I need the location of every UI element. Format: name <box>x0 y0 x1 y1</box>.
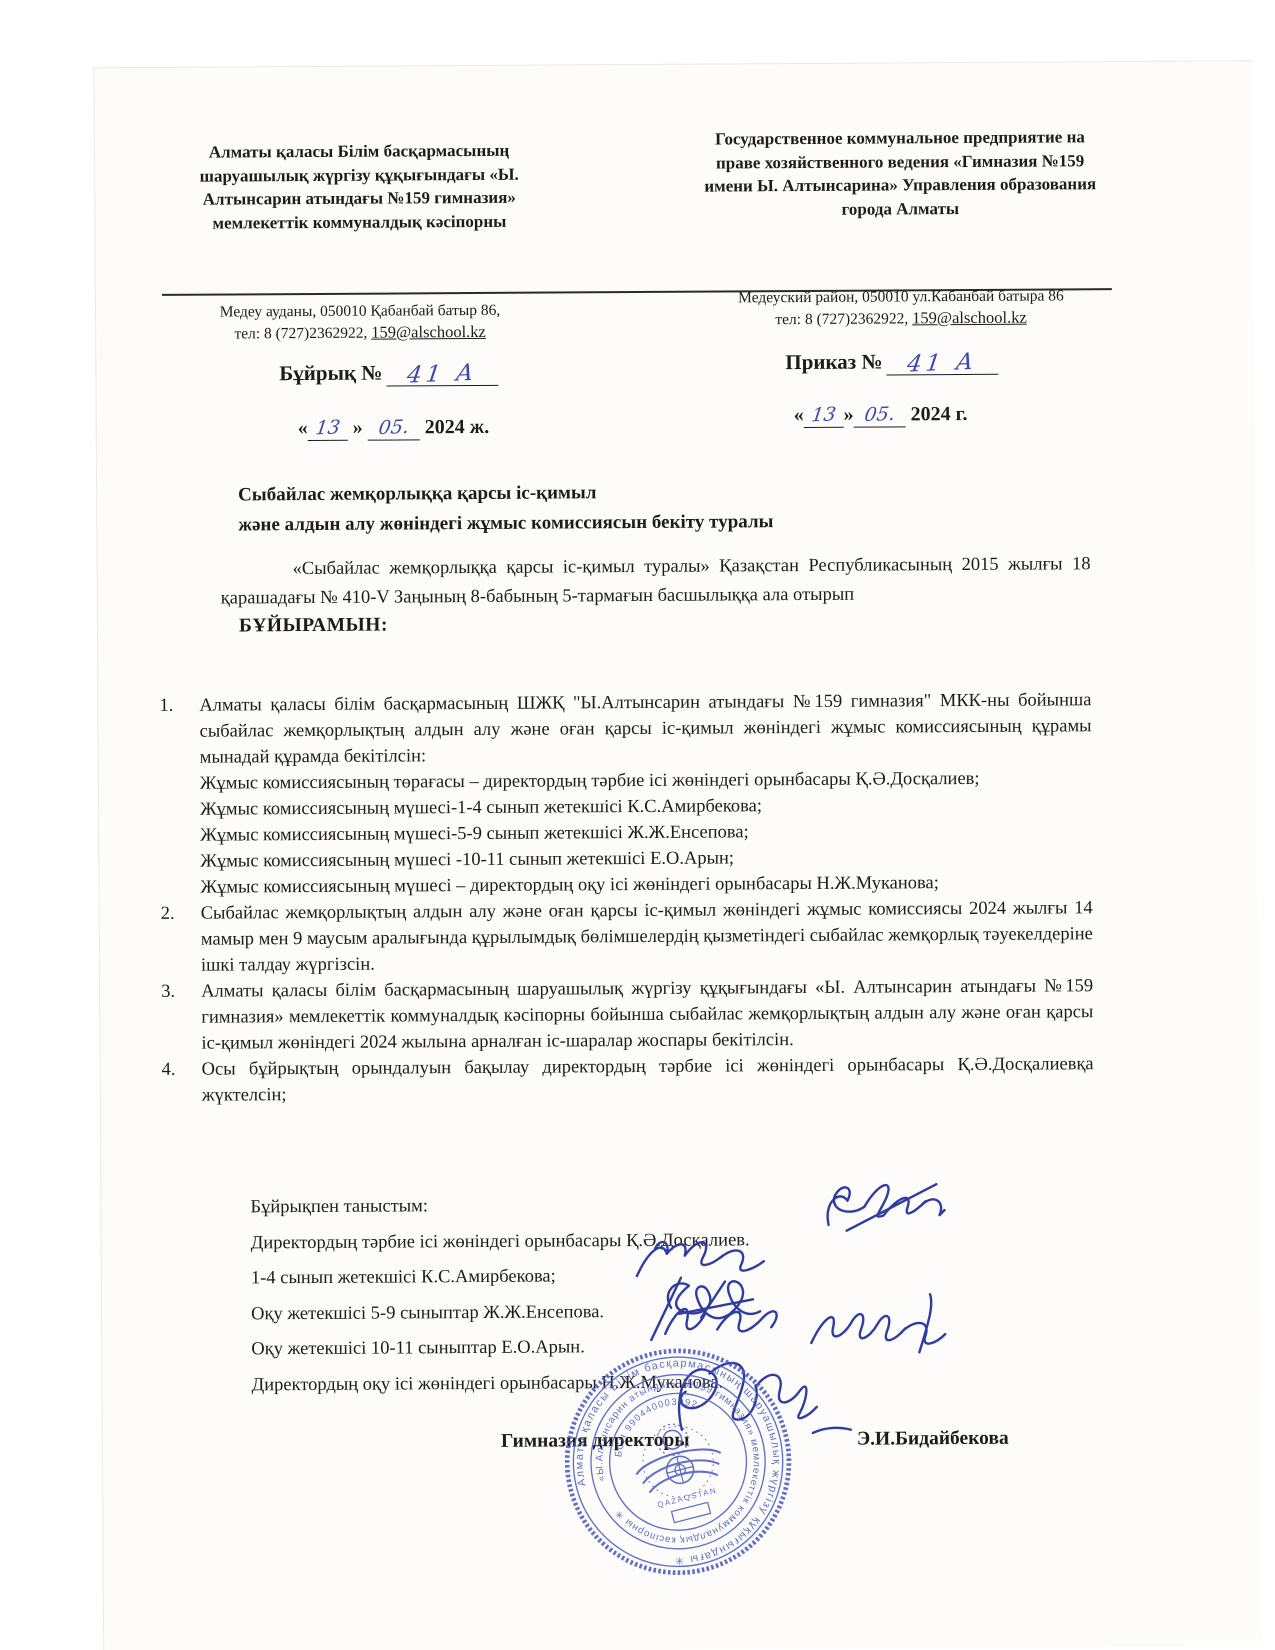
order-number-blank: 41 А <box>386 359 498 387</box>
order-item-4: 4. Осы бұйрықтың орындалуын бақылау дире… <box>162 1051 1094 1109</box>
item-text: Алматы қаласы білім басқармасының ШЖҚ "Ы… <box>199 687 1092 900</box>
phone-text: тел: 8 (727)2362922, <box>775 310 912 328</box>
letterhead-russian-org-name: Государственное коммунальное предприятие… <box>691 125 1110 222</box>
acknowledgement-row: Оқу жетекшісі 10-11 сыныптар Е.О.Арын. <box>251 1328 951 1368</box>
subject-line-1: Сыбайлас жемқорлыққа қарсы іс-қимыл <box>238 476 898 510</box>
handwritten-month: 05. <box>377 416 410 439</box>
scanned-sheet: Алматы қаласы Білім басқармасының шаруаш… <box>0 0 1275 1650</box>
order-subject: Сыбайлас жемқорлыққа қарсы іс-қимыл және… <box>238 476 898 540</box>
day-blank: 13 <box>308 417 348 441</box>
letterhead-russian-address: Медеуский район, 050010 ул.Кабанбай баты… <box>692 285 1110 331</box>
quote: « <box>298 417 308 439</box>
year-text: 2024 ж. <box>425 416 490 438</box>
item-text: Сыбайлас жемқорлықтың алдын алу және оға… <box>201 895 1093 978</box>
month-blank: 05. <box>368 416 420 440</box>
handwritten-order-number: 41 А <box>906 349 980 378</box>
year-text: 2024 г. <box>911 403 968 425</box>
order-label: Бұйрық № <box>279 361 382 386</box>
commission-member-line: Жұмыс комиссиясының төрағасы – директорд… <box>200 765 1092 796</box>
item-lead: Алматы қаласы білім басқармасының ШЖҚ "Ы… <box>199 687 1091 770</box>
email-address: 159@alschool.kz <box>912 308 1027 328</box>
handwritten-day: 13 <box>810 403 837 426</box>
order-date-kazakh: «13 » 05. 2024 ж. <box>298 416 490 441</box>
day-blank: 13 <box>804 404 844 428</box>
email-address: 159@alschool.kz <box>371 322 486 342</box>
order-number-russian: Приказ №41 А <box>785 348 998 376</box>
acknowledgement-row: 1-4 сынып жетекшісі К.С.Амирбекова; <box>251 1257 951 1297</box>
item-number: 3. <box>161 979 201 1005</box>
address-line: Медеу ауданы, 050010 Қабанбай батыр 86, <box>160 299 560 322</box>
item-number: 2. <box>161 901 201 927</box>
order-item-2: 2. Сыбайлас жемқорлықтың алдын алу және … <box>161 895 1093 979</box>
subject-line-2: және алдын алу жөніндегі жұмыс комиссияс… <box>238 506 898 540</box>
phone-line: тел: 8 (727)2362922, 159@alschool.kz <box>692 306 1110 331</box>
handwritten-month: 05. <box>863 403 896 426</box>
order-item-3: 3. Алматы қаласы білім басқармасының шар… <box>161 973 1093 1057</box>
order-date-russian: «13»05. 2024 г. <box>794 403 968 428</box>
item-text: Алматы қаласы білім басқармасының шаруаш… <box>201 973 1093 1056</box>
quote: » <box>844 404 854 426</box>
handwritten-day: 13 <box>314 416 341 439</box>
phone-text: тел: 8 (727)2362922, <box>234 325 371 343</box>
acknowledgement-row: Директордың тәрбие ісі жөніндегі орынбас… <box>251 1222 951 1262</box>
order-items-list: 1. Алматы қаласы білім басқармасының ШЖҚ… <box>159 687 1094 1109</box>
address-line: Медеуский район, 050010 ул.Кабанбай баты… <box>692 285 1110 309</box>
item-text: Осы бұйрықтың орындалуын бақылау директо… <box>202 1051 1094 1108</box>
phone-line: тел: 8 (727)2362922, 159@alschool.kz <box>160 320 560 344</box>
order-number-blank: 41 А <box>886 348 998 376</box>
acknowledgement-row: Оқу жетекшісі 5-9 сыныптар Ж.Ж.Енсепова. <box>251 1293 951 1333</box>
month-blank: 05. <box>854 403 906 427</box>
decree-word: БҰЙЫРАМЫН: <box>239 615 388 638</box>
document-page: Алматы қаласы Білім басқармасының шаруаш… <box>0 0 1275 1650</box>
item-number: 1. <box>159 693 199 719</box>
letterhead-kazakh-address: Медеу ауданы, 050010 Қабанбай батыр 86, … <box>160 299 560 344</box>
director-name: Э.И.Бидайбекова <box>857 1428 1009 1451</box>
quote: « <box>794 404 804 426</box>
item-number: 4. <box>162 1057 202 1083</box>
acknowledgement-title: Бұйрықпен таныстым: <box>250 1186 950 1226</box>
order-item-1: 1. Алматы қаласы білім басқармасының ШЖҚ… <box>159 687 1092 901</box>
order-number-kazakh: Бұйрық №41 А <box>279 359 498 387</box>
letterhead-kazakh-org-name: Алматы қаласы Білім басқармасының шаруаш… <box>159 138 560 234</box>
quote: » <box>353 417 363 439</box>
order-label: Приказ № <box>785 350 882 375</box>
handwritten-order-number: 41 А <box>405 360 479 389</box>
preamble-paragraph: «Сыбайлас жемқорлыққа қарсы іс-қимыл тур… <box>220 550 1090 613</box>
stamp-center-emblem: QAZAQSTAN <box>626 1414 734 1529</box>
